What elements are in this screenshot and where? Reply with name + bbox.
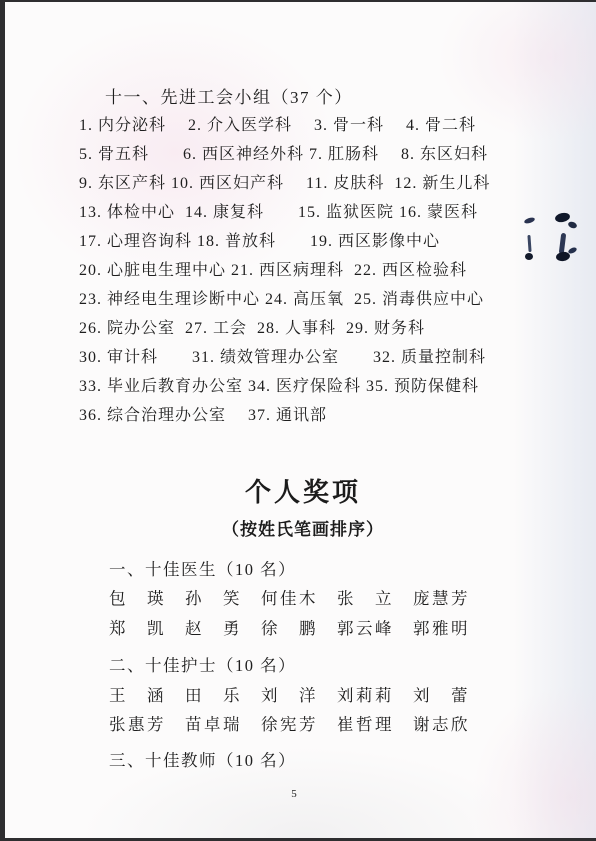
award-section-heading-nurses: 二、十佳护士（10 名）	[109, 652, 296, 676]
award-section-heading-doctors: 一、十佳医生（10 名）	[109, 556, 296, 580]
union-groups-section-title: 十一、先进工会小组（37 个）	[105, 83, 353, 108]
paper-sheet: 十一、先进工会小组（37 个） 1. 内分泌科 2. 介入医学科 3. 骨一科 …	[5, 2, 596, 838]
group-list-line: 9. 东区产科 10. 西区妇产科 11. 皮肤科 12. 新生儿科	[79, 169, 490, 198]
group-list-line: 5. 骨五科 6. 西区神经外科 7. 肛肠科 8. 东区妇科	[79, 140, 490, 169]
group-list-line: 33. 毕业后教育办公室 34. 医疗保险科 35. 预防保健科	[79, 372, 490, 401]
ink-smudge-mark	[527, 235, 531, 252]
union-groups-list: 1. 内分泌科 2. 介入医学科 3. 骨一科 4. 骨二科 5. 骨五科 6.…	[79, 111, 490, 430]
group-list-line: 17. 心理咨询科 18. 普放科 19. 西区影像中心	[79, 227, 490, 256]
group-list-line: 13. 体检中心 14. 康复科 15. 监狱医院 16. 蒙医科	[79, 198, 490, 227]
award-names-line: 郑 凯 赵 勇 徐 鹏 郭云峰 郭雅明	[109, 615, 470, 639]
individual-awards-title: 个人奖项	[5, 472, 596, 509]
ink-smudge-mark	[523, 216, 535, 224]
group-list-line: 20. 心脏电生理中心 21. 西区病理科 22. 西区检验科	[79, 256, 490, 285]
group-list-line: 1. 内分泌科 2. 介入医学科 3. 骨一科 4. 骨二科	[79, 111, 490, 140]
scanned-document: 十一、先进工会小组（37 个） 1. 内分泌科 2. 介入医学科 3. 骨一科 …	[0, 0, 596, 841]
ink-smudge-mark	[525, 253, 533, 260]
group-list-line: 26. 院办公室 27. 工会 28. 人事科 29. 财务科	[79, 314, 490, 343]
page-number: 5	[5, 788, 583, 800]
group-list-line: 23. 神经电生理诊断中心 24. 高压氧 25. 消毒供应中心	[79, 285, 490, 314]
award-names-line: 包 瑛 孙 笑 何佳木 张 立 庞慧芳	[109, 585, 470, 609]
award-names-line: 张惠芳 苗卓瑞 徐宪芳 崔哲理 谢志欣	[109, 711, 470, 735]
individual-awards-subtitle: （按姓氏笔画排序）	[5, 515, 596, 540]
group-list-line: 30. 审计科 31. 绩效管理办公室 32. 质量控制科	[79, 343, 490, 372]
group-list-line: 36. 综合治理办公室 37. 通讯部	[79, 401, 490, 430]
ink-smudge-mark	[567, 246, 577, 254]
award-section-heading-teachers: 三、十佳教师（10 名）	[109, 747, 296, 771]
ink-smudge-mark	[567, 221, 578, 230]
award-names-line: 王 涵 田 乐 刘 洋 刘莉莉 刘 蕾	[109, 682, 470, 706]
